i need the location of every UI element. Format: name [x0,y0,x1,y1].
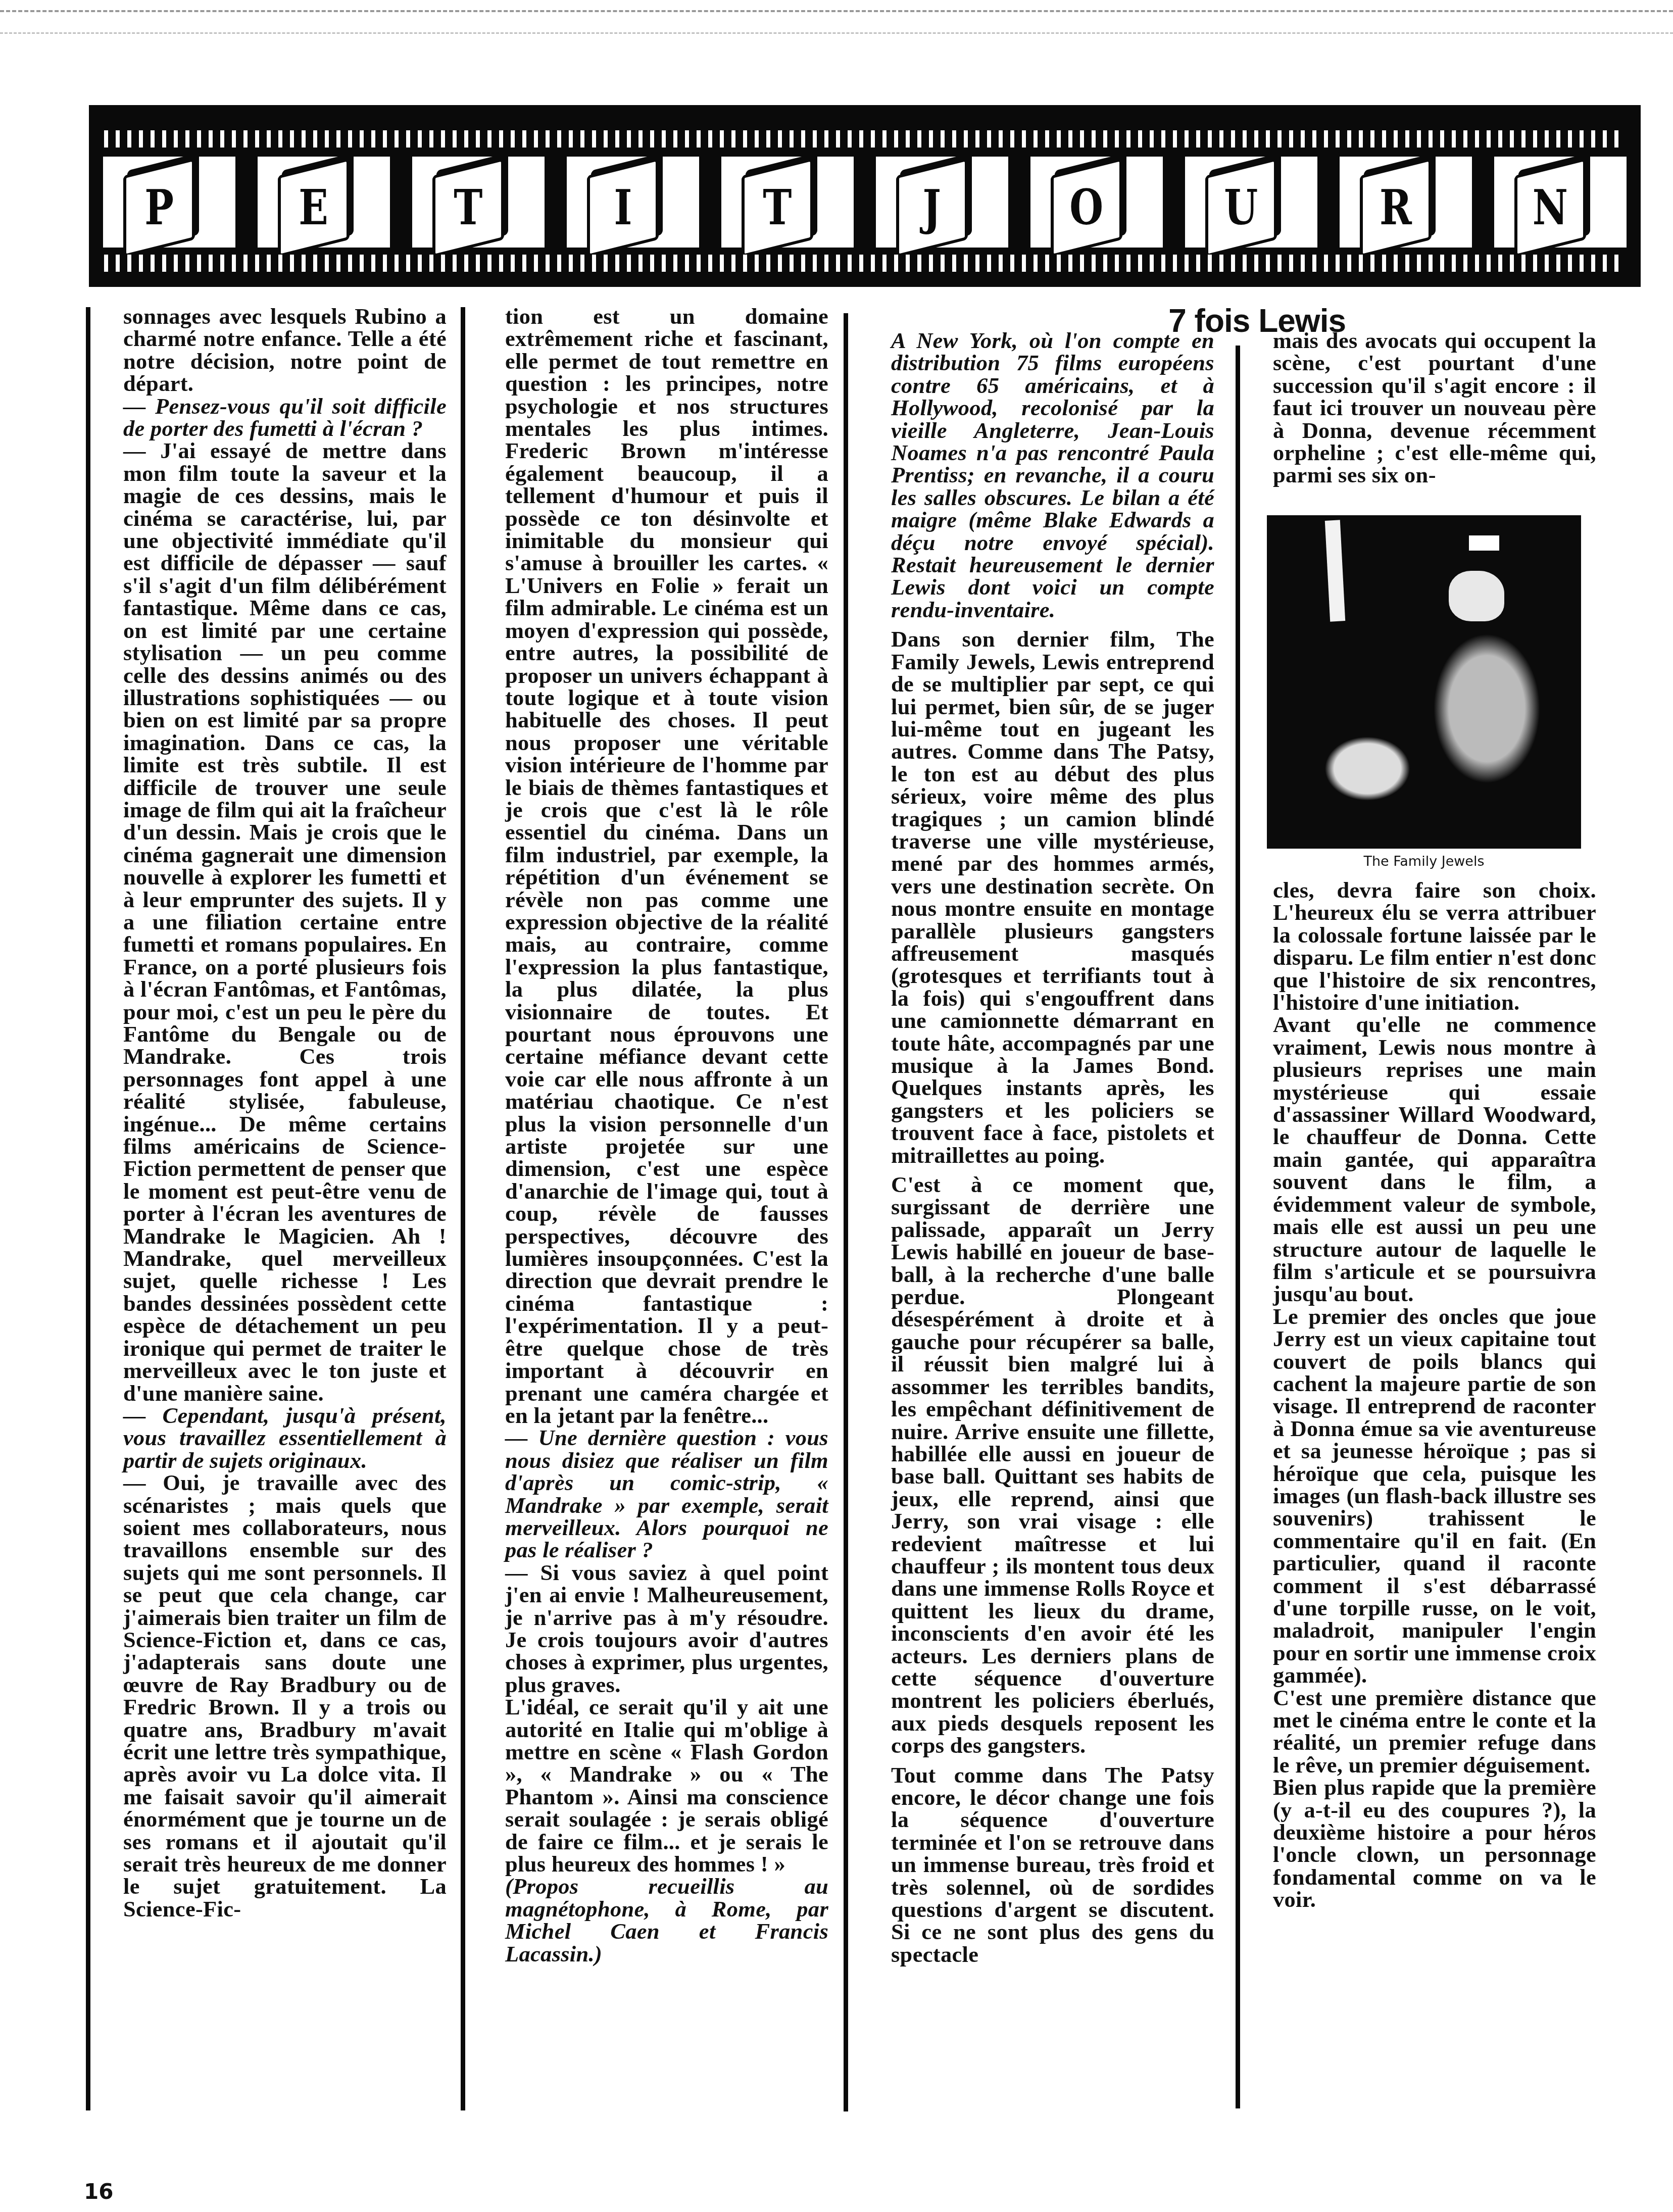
banner-frame: N [1494,157,1627,248]
interview-column-2: tion est un domaine extrêmement riche et… [505,305,828,1965]
scan-artifact-line [0,10,1673,15]
banner-frames: P E T I T J O U R N [103,157,1627,248]
interview-question: — Une dernière question : vous nous disi… [505,1427,828,1561]
interview-answer: tion est un domaine extrêmement riche et… [505,305,828,1427]
banner-letter: P [144,183,174,232]
article-column-2-top: mais des avocats qui occupent la scène, … [1273,329,1596,486]
column-rule [844,313,848,2111]
article-lead: A New York, où l'on compte en distributi… [891,329,1214,621]
banner-frame: J [876,157,1008,248]
banner-frame: T [721,157,854,248]
film-still-photo [1267,515,1581,849]
banner-letter: N [1533,183,1568,232]
interview-answer: L'idéal, ce serait qu'il y ait une autor… [505,1696,828,1875]
article-column-1: A New York, où l'on compte en distributi… [891,329,1214,1965]
banner-frame: T [412,157,545,248]
banner-letter: U [1224,183,1258,232]
film-sprockets-top [104,130,1626,148]
banner-letter: O [1070,183,1104,232]
interview-answer: — Si vous saviez à quel point j'en ai en… [505,1561,828,1696]
banner-frame: R [1340,157,1472,248]
scan-artifact-line [0,32,1673,36]
banner-frame: I [567,157,699,248]
banner-frame: E [258,157,390,248]
body-paragraph: Dans son dernier film, The Family Jewels… [891,628,1214,1166]
body-paragraph: sonnages avec lesquels Rubino a charmé n… [123,305,447,395]
interview-answer: — Oui, je travaille avec des scénaristes… [123,1471,447,1920]
body-paragraph: mais des avocats qui occupent la scène, … [1273,329,1596,486]
interview-credit: (Propos recueillis au magnétophone, à Ro… [505,1875,828,1965]
article-column-2-bottom: cles, devra faire son choix. L'heureux é… [1273,879,1596,1911]
body-paragraph: Bien plus rapide que la première (y a-t-… [1273,1776,1596,1910]
interview-question: — Pensez-vous qu'il soit difficile de po… [123,395,447,440]
petit-journal-banner: P E T I T J O U R N [89,105,1641,287]
body-paragraph: Avant qu'elle ne commence vraiment, Lewi… [1273,1013,1596,1305]
banner-letter: E [299,183,329,232]
interview-answer: — J'ai essayé de mettre dans mon film to… [123,439,447,1404]
photo-caption: The Family Jewels [1267,854,1581,869]
banner-letter: J [923,183,941,232]
banner-letter: R [1380,183,1412,232]
body-paragraph: Tout comme dans The Patsy encore, le déc… [891,1764,1214,1966]
banner-frame: U [1185,157,1317,248]
body-paragraph: cles, devra faire son choix. L'heureux é… [1273,879,1596,1013]
interview-column-1: sonnages avec lesquels Rubino a charmé n… [123,305,447,1920]
banner-frame: O [1030,157,1163,248]
body-paragraph: C'est à ce moment que, surgissant de der… [891,1173,1214,1757]
film-sprockets-bottom [104,255,1626,272]
banner-letter: T [763,183,792,232]
column-rule [86,307,90,2110]
banner-letter: I [614,183,632,232]
page-number: 16 [84,2179,113,2204]
banner-letter: T [454,183,482,232]
interview-question: — Cependant, jusqu'à présent, vous trava… [123,1404,447,1471]
banner-frame: P [103,157,235,248]
body-paragraph: Le premier des oncles que joue Jerry est… [1273,1305,1596,1687]
column-rule [1236,346,1240,2108]
column-rule [461,307,465,2110]
body-paragraph: C'est une première distance que met le c… [1273,1687,1596,1777]
